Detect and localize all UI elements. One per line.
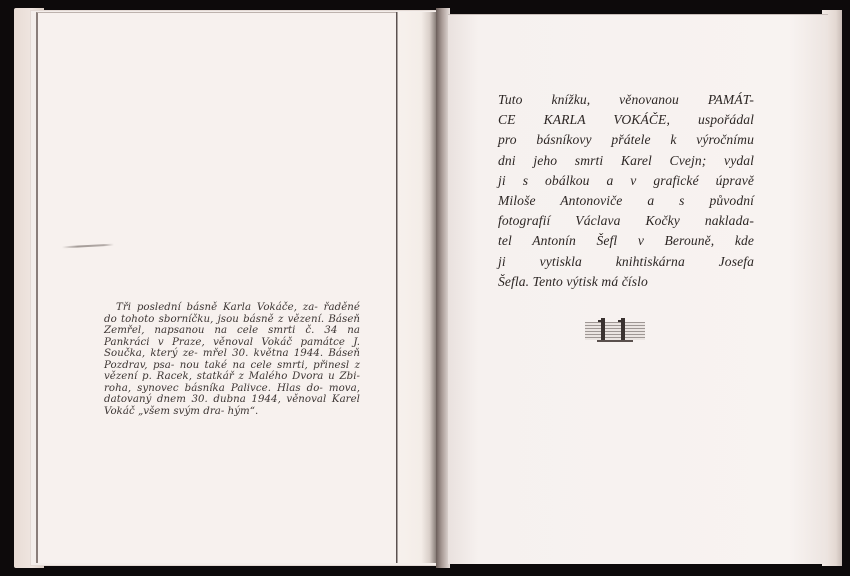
stamp-base-line [597, 340, 633, 342]
left-page-inner-leaf [36, 12, 398, 563]
note-line: hým“. [228, 406, 259, 417]
copy-number-digit [601, 318, 605, 342]
colophon-line: ji vytiskla knihtiskárna Josefa [498, 252, 754, 272]
colophon-line: ji s obálkou a v grafické úpravě [498, 171, 754, 191]
colophon: Tuto knížku, věnovanou PAMÁT- CE KARLA V… [498, 90, 754, 292]
editorial-note: Tři poslední básně Karla Vokáče, za- řad… [104, 302, 360, 417]
note-line: Tři poslední básně Karla Vokáče, za- [116, 302, 324, 313]
colophon-line: pro básníkovy přátele k výročnímu [498, 130, 754, 150]
stamp-rule-lines [585, 322, 645, 340]
colophon-line: Šefla. Tento výtisk má číslo [498, 272, 754, 292]
copy-number-stamp [585, 318, 645, 342]
colophon-line: Tuto knížku, věnovanou PAMÁT- [498, 90, 754, 110]
colophon-line: fotografií Václava Kočky naklada- [498, 211, 754, 231]
left-page-fold-edge [396, 12, 438, 563]
colophon-line: Miloše Antonoviče a s původní [498, 191, 754, 211]
copy-number-digit [621, 318, 625, 342]
colophon-line: CE KARLA VOKÁČE, uspořádal [498, 110, 754, 130]
note-line: roha, synovec básníka Palivce. Hlas do- [104, 383, 329, 394]
colophon-line: tel Antonín Šefl v Berouně, kde [498, 231, 754, 251]
note-line: p. Racek, statkář z Malého Dvora u Zbi- [142, 371, 360, 382]
colophon-line: dni jeho smrti Karel Cvejn; vydal [498, 151, 754, 171]
